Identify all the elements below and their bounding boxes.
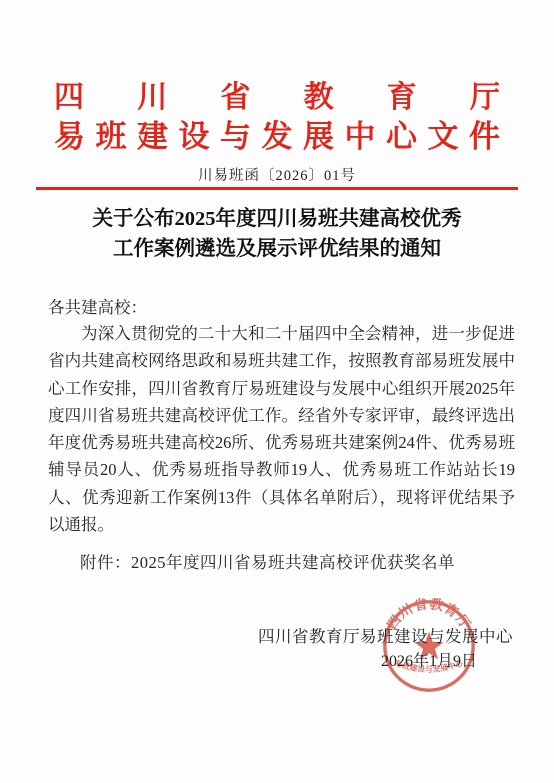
salutation: 各共建高校： — [48, 294, 514, 318]
document-number: 川易班函〔2026〕01号 — [0, 164, 554, 185]
letterhead-org-line1: 四川省教育厅 — [54, 82, 500, 114]
signature-org-name: 四川省教育厅易班建设与发展中心 — [258, 623, 513, 647]
signature-date: 2026年1月9日 — [381, 648, 477, 671]
document-page: 四川省教育厅 易班建设与发展中心文件 川易班函〔2026〕01号 关于公布202… — [0, 0, 554, 783]
document-title: 关于公布2025年度四川易班共建高校优秀 工作案例遴选及展示评优结果的通知 — [0, 204, 554, 264]
letterhead-org-line2: 易班建设与发展中心文件 — [54, 120, 500, 154]
body-paragraph: 为深入贯彻党的二十大和二十届四中全会精神，进一步促进省内共建高校网络思政和易班共… — [48, 320, 515, 538]
document-title-line2: 工作案例遴选及展示评优结果的通知 — [0, 234, 554, 264]
attachment-line: 附件：2025年度四川省易班共建高校评优获奖名单 — [80, 549, 514, 573]
red-separator-line — [36, 187, 518, 190]
document-title-line1: 关于公布2025年度四川易班共建高校优秀 — [0, 204, 554, 234]
